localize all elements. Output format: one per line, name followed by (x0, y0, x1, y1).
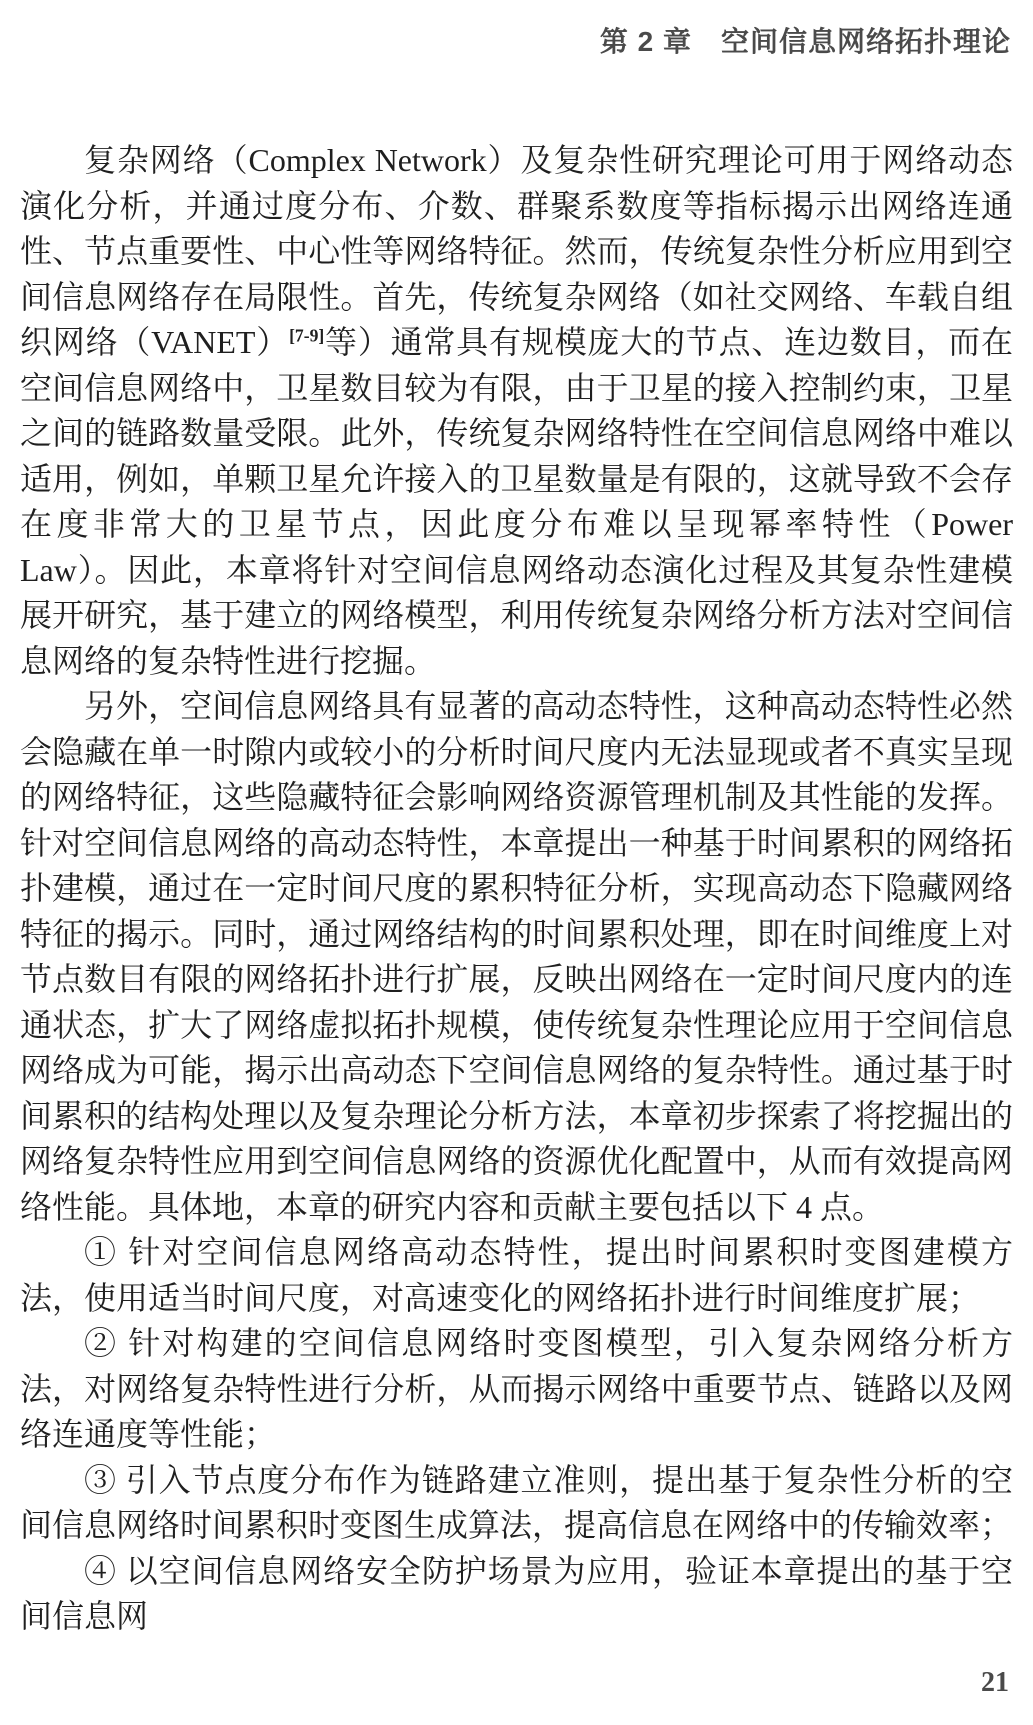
paragraph-text: ④ 以空间信息网络安全防护场景为应用，验证本章提出的基于空间信息网 (20, 1553, 1013, 1635)
document-page: 第 2 章 空间信息网络拓扑理论 复杂网络（Complex Network）及复… (0, 0, 1033, 1725)
paragraph: ① 针对空间信息网络高动态特性，提出时间累积时变图建模方法，使用适当时间尺度，对… (20, 1230, 1013, 1321)
paragraph: 复杂网络（Complex Network）及复杂性研究理论可用于网络动态演化分析… (20, 138, 1013, 684)
paragraph: ③ 引入节点度分布作为链路建立准则，提出基于复杂性分析的空间信息网络时间累积时变… (20, 1458, 1013, 1549)
paragraph-text: ③ 引入节点度分布作为链路建立准则，提出基于复杂性分析的空间信息网络时间累积时变… (20, 1462, 1013, 1544)
document-body: 复杂网络（Complex Network）及复杂性研究理论可用于网络动态演化分析… (20, 138, 1013, 1640)
paragraph: ② 针对构建的空间信息网络时变图模型，引入复杂网络分析方法，对网络复杂特性进行分… (20, 1321, 1013, 1458)
running-header: 第 2 章 空间信息网络拓扑理论 (600, 20, 1011, 60)
paragraph: 另外，空间信息网络具有显著的高动态特性，这种高动态特性必然会隐藏在单一时隙内或较… (20, 684, 1013, 1230)
paragraph: ④ 以空间信息网络安全防护场景为应用，验证本章提出的基于空间信息网 (20, 1549, 1013, 1640)
paragraph-text: 等）通常具有规模庞大的节点、连边数目，而在空间信息网络中，卫星数目较为有限，由于… (20, 324, 1013, 679)
paragraph-text: 另外，空间信息网络具有显著的高动态特性，这种高动态特性必然会隐藏在单一时隙内或较… (20, 688, 1013, 1225)
paragraph-text: ② 针对构建的空间信息网络时变图模型，引入复杂网络分析方法，对网络复杂特性进行分… (20, 1325, 1013, 1452)
citation-superscript: [7-9] (289, 325, 324, 345)
page-number: 21 (981, 1667, 1009, 1699)
paragraph-text: ① 针对空间信息网络高动态特性，提出时间累积时变图建模方法，使用适当时间尺度，对… (20, 1234, 1013, 1316)
